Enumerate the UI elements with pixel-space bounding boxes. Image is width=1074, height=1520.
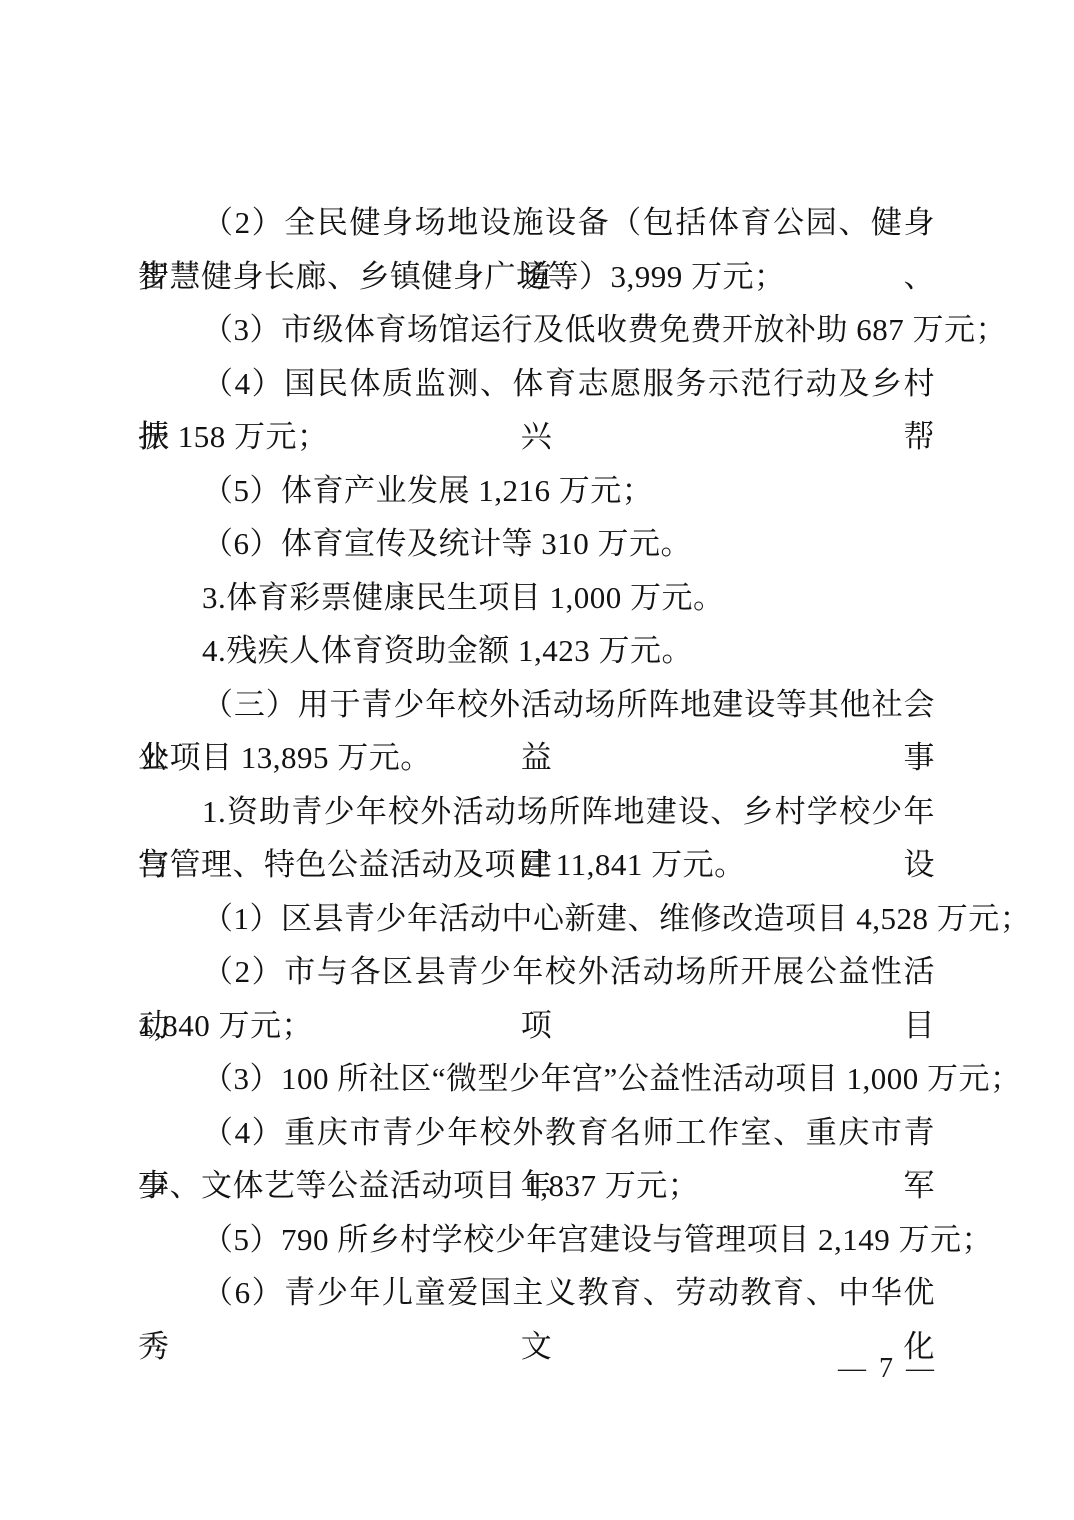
text-line: （2）市与各区县青少年校外活动场所开展公益性活动项目	[138, 945, 935, 999]
text-line: 1.资助青少年校外活动场所阵地建设、乡村学校少年宫建设	[138, 785, 935, 839]
text-line: （6）体育宣传及统计等 310 万元。	[138, 517, 935, 571]
document-body-text: （2）全民健身场地设施设备（包括体育公园、健身步道、 智慧健身长廊、乡镇健身广场…	[138, 196, 935, 1320]
text-line: （5）790 所乡村学校少年宫建设与管理项目 2,149 万元；	[138, 1213, 935, 1267]
text-line: （4）重庆市青少年校外教育名师工作室、重庆市青少年军	[138, 1106, 935, 1160]
text-line: 3.体育彩票健康民生项目 1,000 万元。	[138, 571, 935, 625]
text-line: （1）区县青少年活动中心新建、维修改造项目 4,528 万元；	[138, 892, 935, 946]
text-line: （三）用于青少年校外活动场所阵地建设等其他社会公益事	[138, 678, 935, 732]
text-line: 4.残疾人体育资助金额 1,423 万元。	[138, 624, 935, 678]
text-line: （3）100 所社区“微型少年宫”公益性活动项目 1,000 万元；	[138, 1052, 935, 1106]
document-page: （2）全民健身场地设施设备（包括体育公园、健身步道、 智慧健身长廊、乡镇健身广场…	[0, 0, 1074, 1520]
page-number: — 7 —	[838, 1352, 937, 1386]
text-line: （5）体育产业发展 1,216 万元；	[138, 464, 935, 518]
text-line: （4）国民体质监测、体育志愿服务示范行动及乡村振兴帮	[138, 357, 935, 411]
text-line: （3）市级体育场馆运行及低收费免费开放补助 687 万元；	[138, 303, 935, 357]
text-line: （6）青少年儿童爱国主义教育、劳动教育、中华优秀文化	[138, 1266, 935, 1320]
text-line: （2）全民健身场地设施设备（包括体育公园、健身步道、	[138, 196, 935, 250]
